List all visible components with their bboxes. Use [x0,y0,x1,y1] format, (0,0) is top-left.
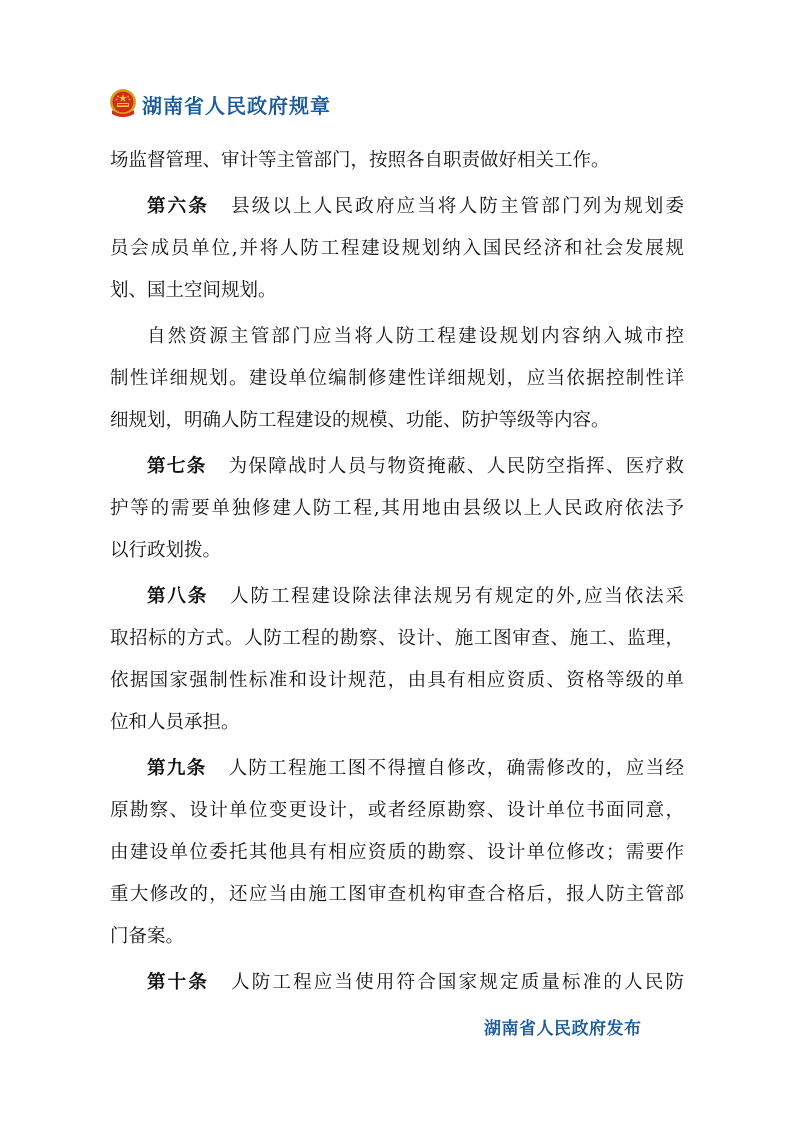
text-line: 制性详细规划。建设单位编制修建性详细规划，应当依据控制性详 [110,358,684,400]
text-line: 员会成员单位,并将人防工程建设规划纳入国民经济和社会发展规 [110,228,684,270]
text-line: 由建设单位委托其他具有相应资质的勘察、设计单位修改；需要作 [110,832,684,874]
article-number: 第八条 [147,586,208,607]
text-line: 依据国家强制性标准和设计规范，由具有相应资质、资格等级的单 [110,660,684,702]
article-number: 第十条 [147,972,209,993]
text-line: 人防工程施工图不得擅自修改，确需修改的，应当经 [229,758,684,779]
text-line: 以行政划拨。 [110,530,684,572]
article-8: 第八条人防工程建设除法律法规另有规定的外,应当依法采 取招标的方式。人防工程的勘… [110,576,684,744]
text-line: 位和人员承担。 [110,702,684,744]
article-10: 第十条人防工程应当使用符合国家规定质量标准的人民防 [110,962,684,1004]
article-7: 第七条为保障战时人员与物资掩蔽、人民防空指挥、医疗救 护等的需要单独修建人防工程… [110,446,684,572]
text-line: 人防工程应当使用符合国家规定质量标准的人民防 [231,972,684,993]
national-emblem-icon [108,88,138,120]
article-number: 第九条 [147,758,207,779]
text-line: 取招标的方式。人防工程的勘察、设计、施工图审查、施工、监理， [110,618,684,660]
publisher-footer: 湖南省人民政府发布 [484,1014,642,1039]
article-number: 第六条 [147,196,209,217]
text-line: 场监督管理、审计等主管部门，按照各自职责做好相关工作。 [110,140,684,182]
article-6: 第六条县级以上人民政府应当将人防主管部门列为规划委 员会成员单位,并将人防工程建… [110,186,684,312]
paragraph: 场监督管理、审计等主管部门，按照各自职责做好相关工作。 [110,140,684,182]
text-line: 重大修改的，还应当由施工图审查机构审查合格后，报人防主管部 [110,874,684,916]
header-title: 湖南省人民政府规章 [142,90,331,119]
text-line: 自然资源主管部门应当将人防工程建设规划内容纳入城市控 [110,316,684,358]
text-line: 护等的需要单独修建人防工程,其用地由县级以上人民政府依法予 [110,488,684,530]
text-line: 划、国土空间规划。 [110,270,684,312]
article-9: 第九条人防工程施工图不得擅自修改，确需修改的，应当经 原勘察、设计单位变更设计，… [110,748,684,958]
text-line: 为保障战时人员与物资掩蔽、人民防空指挥、医疗救 [229,456,684,477]
text-line: 细规划，明确人防工程建设的规模、功能、防护等级等内容。 [110,400,684,442]
paragraph: 自然资源主管部门应当将人防工程建设规划内容纳入城市控 制性详细规划。建设单位编制… [110,316,684,442]
text-line: 县级以上人民政府应当将人防主管部门列为规划委 [231,196,684,217]
text-line: 人防工程建设除法律法规另有规定的外,应当依法采 [230,586,684,607]
document-body: 场监督管理、审计等主管部门，按照各自职责做好相关工作。 第六条县级以上人民政府应… [110,140,684,1004]
article-number: 第七条 [147,456,207,477]
text-line: 原勘察、设计单位变更设计，或者经原勘察、设计单位书面同意， [110,790,684,832]
text-line: 门备案。 [110,916,684,958]
document-header: 湖南省人民政府规章 [108,88,331,120]
